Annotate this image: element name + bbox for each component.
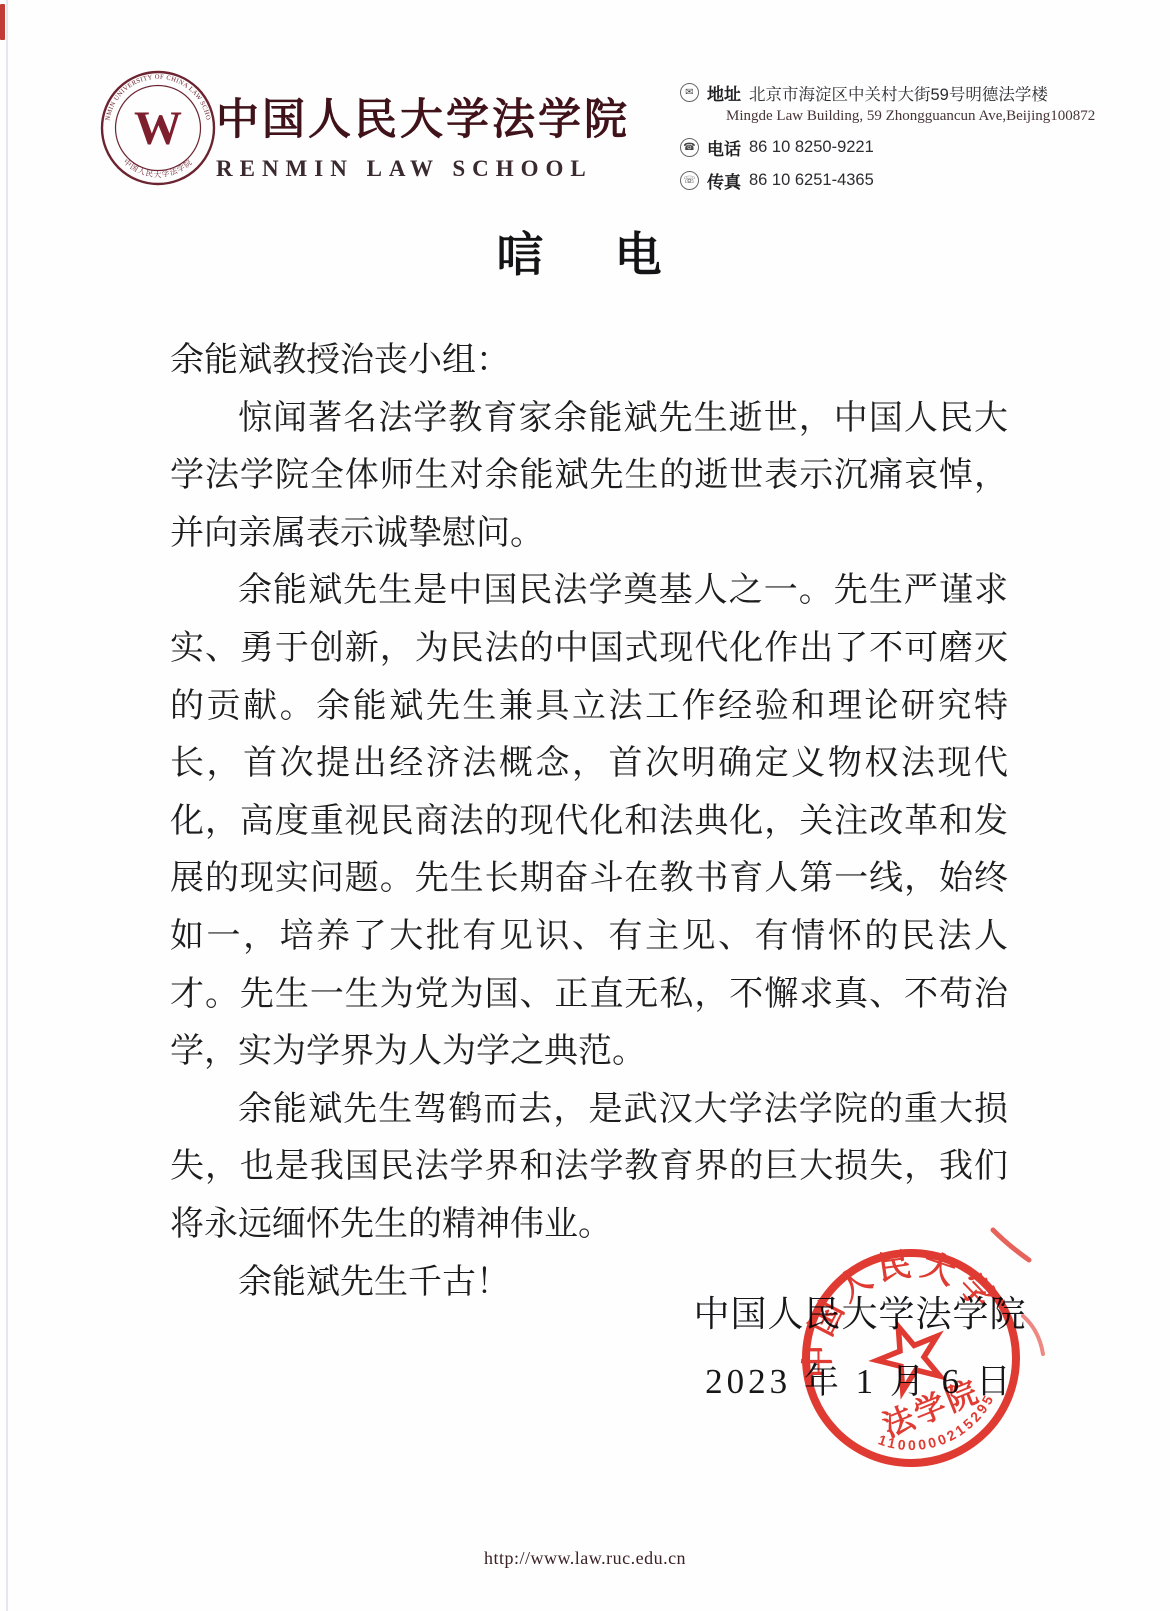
address-label: 地址 [707, 80, 741, 105]
contact-info-block: ✉ 地址 北京市海淀区中关村大街59号明德法学楼 Mingde Law Buil… [680, 80, 1140, 193]
salutation: 余能斌教授治丧小组： [170, 332, 1008, 390]
phone-row: ☎ 电话 86 10 8250-9221 [680, 135, 1140, 160]
signature-name: 中国人民大学法学院 [640, 1286, 1080, 1337]
signature-block: 中国人民大学法学院 2023 年 1 月 6 日 [640, 1286, 1080, 1404]
paragraph-1: 惊闻著名法学教育家余能斌先生逝世，中国人民大学法学院全体师生对余能斌先生的逝世表… [170, 390, 1008, 563]
phone-label: 电话 [707, 135, 741, 160]
logo-monogram: W [134, 102, 182, 155]
university-seal-logo: RENMIN UNIVERSITY OF CHINA LAW SCHOOL 中国… [98, 68, 218, 188]
logo-emblem-icon: RENMIN UNIVERSITY OF CHINA LAW SCHOOL 中国… [98, 68, 218, 188]
letter-body: 余能斌教授治丧小组： 惊闻著名法学教育家余能斌先生逝世，中国人民大学法学院全体师… [170, 332, 1008, 1311]
fax-icon: ☏ [680, 171, 699, 190]
address-icon: ✉ [680, 83, 699, 102]
address-row: ✉ 地址 北京市海淀区中关村大街59号明德法学楼 [680, 80, 1140, 105]
condolence-letter-page: RENMIN UNIVERSITY OF CHINA LAW SCHOOL 中国… [0, 0, 1170, 1611]
signature-date: 2023 年 1 月 6 日 [640, 1354, 1080, 1404]
scan-artifact-red-tick [0, 4, 5, 40]
phone-value: 86 10 8250-9221 [749, 138, 874, 157]
address-value: 北京市海淀区中关村大街59号明德法学楼 [749, 81, 1048, 105]
fax-row: ☏ 传真 86 10 6251-4365 [680, 168, 1140, 193]
letter-title: 唁 电 [0, 218, 1170, 285]
paragraph-2: 余能斌先生是中国民法学奠基人之一。先生严谨求实、勇于创新，为民法的中国式现代化作… [170, 562, 1008, 1080]
fax-value: 86 10 6251-4365 [749, 171, 874, 190]
phone-icon: ☎ [680, 138, 699, 157]
footer-url: http://www.law.ruc.edu.cn [484, 1548, 686, 1568]
logo-ring-text-bottom: 中国人民大学法学院 [122, 156, 194, 178]
paragraph-3: 余能斌先生驾鹤而去，是武汉大学法学院的重大损失，也是我国民法学界和法学教育界的巨… [170, 1081, 1008, 1254]
school-name-en: RENMIN LAW SCHOOL [216, 156, 630, 182]
school-name-block: 中国人民大学法学院 RENMIN LAW SCHOOL [216, 86, 630, 182]
school-name-cn: 中国人民大学法学院 [216, 86, 630, 147]
fax-label: 传真 [707, 168, 741, 193]
footer: http://www.law.ruc.edu.cn [0, 1548, 1170, 1569]
address-english: Mingde Law Building, 59 Zhongguancun Ave… [726, 108, 1140, 125]
svg-text:中国人民大学法学院: 中国人民大学法学院 [122, 156, 194, 178]
